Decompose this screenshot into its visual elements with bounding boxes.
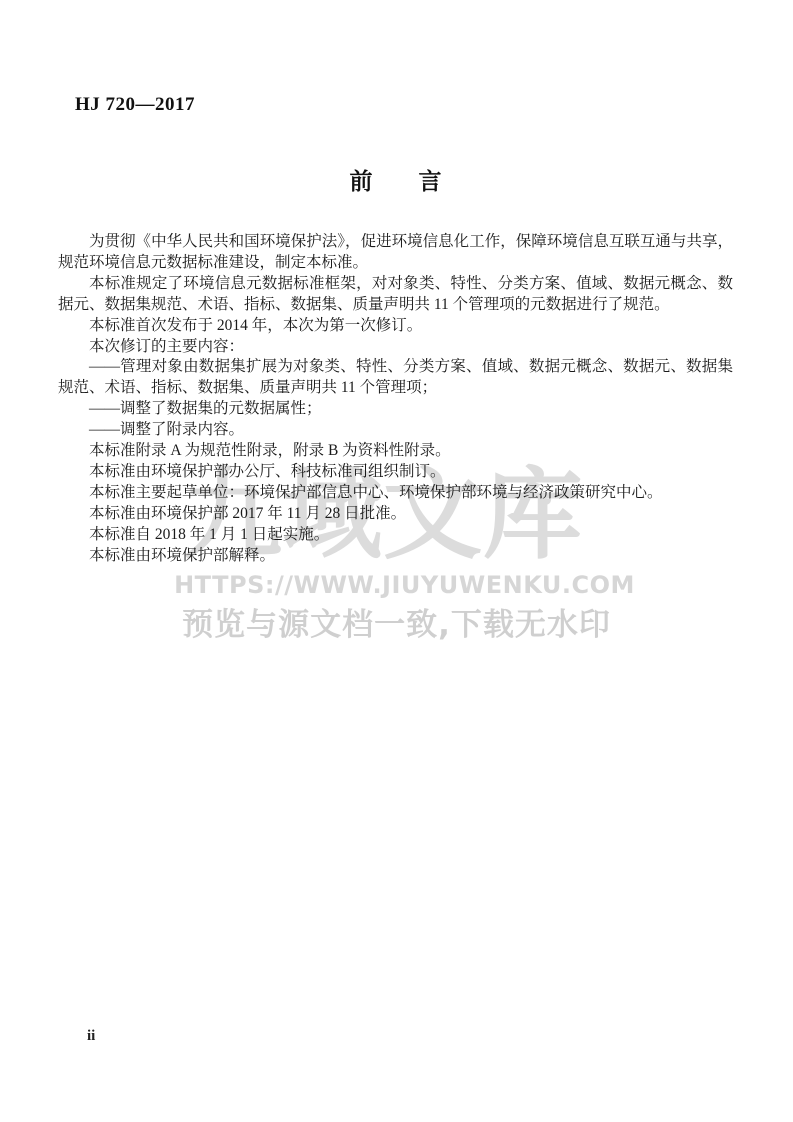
- paragraph-revision-intro: 本次修订的主要内容：: [58, 337, 733, 358]
- foreword-body: 为贯彻《中华人民共和国环境保护法》，促进环境信息化工作，保障环境信息互联互通与共…: [58, 232, 733, 567]
- document-page: 九域文库 HTTPS://WWW.JIUYUWENKU.COM 预览与源文档一致…: [0, 0, 793, 1122]
- foreword-title: 前 言: [58, 168, 733, 196]
- paragraph-approval-date: 本标准由环境保护部 2017 年 11 月 28 日批准。: [58, 504, 733, 525]
- paragraph-purpose: 为贯彻《中华人民共和国环境保护法》，促进环境信息化工作，保障环境信息互联互通与共…: [58, 232, 733, 274]
- page-number: ii: [87, 1028, 95, 1045]
- paragraph-effective-date: 本标准自 2018 年 1 月 1 日起实施。: [58, 525, 733, 546]
- paragraph-revision-item-1: ——管理对象由数据集扩展为对象类、特性、分类方案、值域、数据元概念、数据元、数据…: [58, 357, 733, 399]
- standard-number-header: HJ 720—2017: [75, 94, 195, 116]
- paragraph-interpretation: 本标准由环境保护部解释。: [58, 546, 733, 567]
- paragraph-scope: 本标准规定了环境信息元数据标准框架，对对象类、特性、分类方案、值域、数据元概念、…: [58, 274, 733, 316]
- paragraph-revision-item-2: ——调整了数据集的元数据属性；: [58, 399, 733, 420]
- paragraph-drafting-units: 本标准主要起草单位：环境保护部信息中心、环境保护部环境与经济政策研究中心。: [58, 483, 733, 504]
- paragraph-first-issue: 本标准首次发布于 2014 年，本次为第一次修订。: [58, 316, 733, 337]
- document-content: HJ 720—2017 前 言 为贯彻《中华人民共和国环境保护法》，促进环境信息…: [0, 0, 793, 1122]
- paragraph-revision-item-3: ——调整了附录内容。: [58, 420, 733, 441]
- paragraph-appendices: 本标准附录 A 为规范性附录，附录 B 为资料性附录。: [58, 441, 733, 462]
- paragraph-organizer: 本标准由环境保护部办公厅、科技标准司组织制订。: [58, 462, 733, 483]
